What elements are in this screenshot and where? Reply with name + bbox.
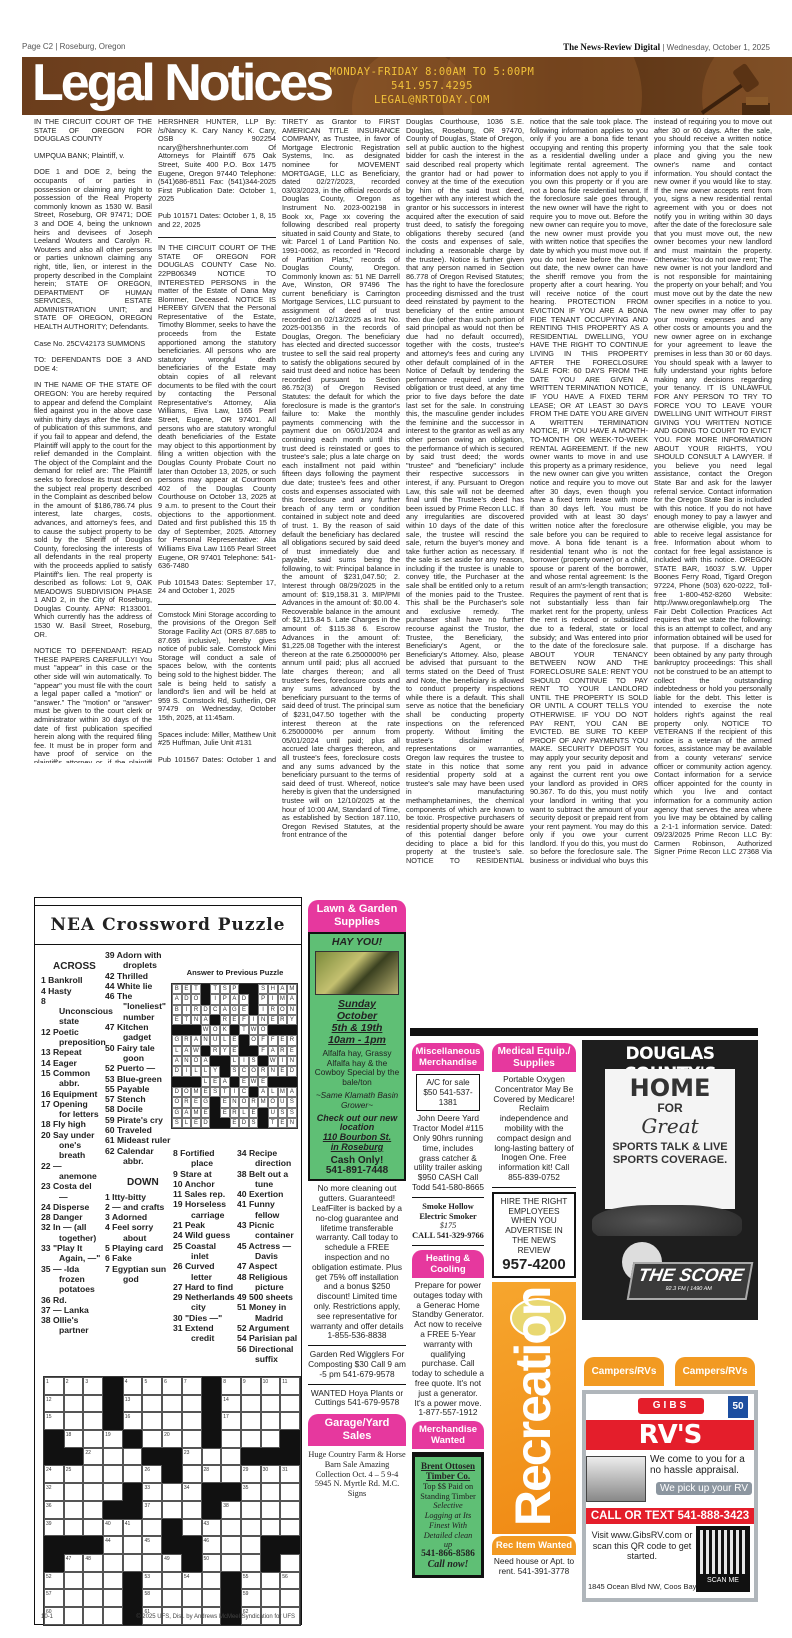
puzzle-cell[interactable]: 58 <box>142 1589 162 1607</box>
answer-cell: W <box>249 1077 259 1087</box>
puzzle-cell[interactable] <box>103 1448 123 1466</box>
down-clue: 31 Extend credit <box>171 1323 235 1344</box>
puzzle-cell[interactable]: 25 <box>64 1465 84 1483</box>
black-cell <box>202 1501 222 1519</box>
answer-cell <box>249 1046 259 1056</box>
down-clue: 21 Peak <box>171 1220 235 1230</box>
puzzle-cell[interactable] <box>142 1519 162 1537</box>
puzzle-cell[interactable]: 46 <box>202 1536 222 1554</box>
puzzle-cell[interactable] <box>202 1589 222 1607</box>
puzzle-cell[interactable] <box>241 1412 261 1430</box>
answer-cell: O <box>258 1025 268 1035</box>
answer-cell: S <box>172 1118 182 1128</box>
puzzle-cell[interactable]: 33 <box>142 1483 162 1501</box>
answer-cell: R <box>287 1035 297 1045</box>
leaffilter-ad: No more cleaning out gutters. Guaranteed… <box>308 1184 406 1331</box>
puzzle-cell[interactable]: 2 <box>64 1377 84 1395</box>
puzzle-cell[interactable] <box>142 1412 162 1430</box>
across-clue: 18 Fly high <box>39 1119 101 1129</box>
puzzle-cell[interactable] <box>261 1412 281 1430</box>
puzzle-cell[interactable] <box>280 1412 300 1430</box>
puzzle-cell[interactable] <box>221 1554 241 1572</box>
answer-cell: T <box>210 984 220 994</box>
puzzle-cell[interactable]: 54 <box>182 1572 202 1590</box>
down-clue: 26 Curved letter <box>171 1261 235 1282</box>
puzzle-cell[interactable] <box>64 1589 84 1607</box>
the-score-ad[interactable]: DOUGLAS COUNTY'S HOME FOR Great SPORTS T… <box>582 1040 758 1236</box>
down-clue: 51 Money in Madrid <box>235 1302 301 1323</box>
puzzle-grid[interactable]: 1234567891011121314151617181920222324252… <box>43 1376 301 1626</box>
puzzle-cell[interactable]: 9 <box>241 1377 261 1395</box>
rv-image <box>586 1456 646 1502</box>
black-cell <box>103 1412 123 1430</box>
puzzle-cell[interactable]: 34 <box>182 1483 202 1501</box>
puzzle-cell[interactable]: 39 <box>44 1519 64 1537</box>
puzzle-cell[interactable] <box>64 1412 84 1430</box>
divider <box>158 604 276 605</box>
puzzle-cell[interactable]: 26 <box>142 1465 162 1483</box>
puzzle-cell[interactable] <box>241 1501 261 1519</box>
puzzle-cell[interactable] <box>123 1536 143 1554</box>
across-clue: 50 Fairy tale goon <box>103 1043 171 1064</box>
puzzle-cell[interactable]: 40 <box>103 1519 123 1537</box>
answer-cell <box>249 984 259 994</box>
puzzle-cell[interactable]: 50 <box>202 1554 222 1572</box>
puzzle-cell[interactable] <box>142 1430 162 1448</box>
answer-cell: G <box>230 1005 240 1015</box>
across-clue: 17 Opening for letters <box>39 1099 101 1120</box>
answer-cell: A <box>220 1005 230 1015</box>
answer-cell: M <box>287 984 297 994</box>
puzzle-cell[interactable] <box>182 1519 202 1537</box>
puzzle-cell[interactable]: 32 <box>44 1483 64 1501</box>
across-clue: 38 Ollie's partner <box>39 1315 101 1336</box>
puzzle-cell[interactable]: 23 <box>182 1448 202 1466</box>
answer-cell: L <box>239 1108 249 1118</box>
across-clue: 16 Equipment <box>39 1089 101 1099</box>
answer-cell: E <box>201 1087 211 1097</box>
answer-cell: D <box>172 1066 182 1076</box>
answer-cell: E <box>210 1077 220 1087</box>
puzzle-cell[interactable] <box>221 1519 241 1537</box>
answer-cell: S <box>258 984 268 994</box>
puzzle-cell[interactable] <box>182 1589 202 1607</box>
puzzle-cell[interactable] <box>221 1536 241 1554</box>
answer-cell: D <box>172 1087 182 1097</box>
answer-cell <box>258 1118 268 1128</box>
puzzle-cell[interactable] <box>182 1465 202 1483</box>
puzzle-cell[interactable]: 6 <box>162 1377 182 1395</box>
puzzle-cell[interactable] <box>64 1483 84 1501</box>
notice-column-4: Douglas Courthouse, 1036 S.E. Douglas, R… <box>406 118 524 866</box>
puzzle-cell[interactable]: 3 <box>83 1377 103 1395</box>
black-cell <box>202 1483 222 1501</box>
puzzle-cell[interactable] <box>162 1483 182 1501</box>
answer-cell: N <box>287 1005 297 1015</box>
puzzle-cell[interactable]: 19 <box>103 1430 123 1448</box>
puzzle-cell[interactable] <box>261 1395 281 1413</box>
notice-column-5: notice that the sale took place. The fol… <box>530 118 648 866</box>
office-email[interactable]: LEGAL@NRTODAY.COM <box>302 93 562 107</box>
answer-cell: D <box>239 994 249 1004</box>
puzzle-cell[interactable] <box>221 1448 241 1466</box>
puzzle-cell[interactable]: 4 <box>123 1377 143 1395</box>
answer-cell: E <box>287 1046 297 1056</box>
answer-cell <box>182 1077 192 1087</box>
answer-cell: S <box>287 1097 297 1107</box>
puzzle-cell[interactable] <box>103 1554 123 1572</box>
puzzle-cell[interactable] <box>103 1589 123 1607</box>
across-clue: 39 Adorn with droplets <box>103 950 171 971</box>
qr-icon <box>700 1530 746 1574</box>
puzzle-cell[interactable] <box>261 1501 281 1519</box>
puzzle-cell[interactable] <box>280 1483 300 1501</box>
section-divider <box>410 1028 758 1036</box>
puzzle-cell[interactable] <box>202 1448 222 1466</box>
score-logo: THE SCORE 92.3 FM | 1490 AM <box>627 1262 754 1300</box>
puzzle-cell[interactable] <box>162 1572 182 1590</box>
black-cell <box>123 1501 143 1519</box>
answer-cell: N <box>191 1015 201 1025</box>
black-cell <box>44 1430 64 1448</box>
puzzle-cell[interactable]: 18 <box>64 1430 84 1448</box>
office-hours: MONDAY-FRIDAY 8:00AM TO 5:00PM <box>302 65 562 79</box>
answer-cell: E <box>278 1066 288 1076</box>
puzzle-cell[interactable] <box>83 1589 103 1607</box>
across-clue: 61 Mideast ruler <box>103 1135 171 1145</box>
black-cell <box>83 1536 103 1554</box>
crossword-title: NEA Crossword Puzzle <box>35 905 301 945</box>
puzzle-cell[interactable] <box>83 1430 103 1448</box>
puzzle-cell[interactable]: 57 <box>44 1589 64 1607</box>
puzzle-cell[interactable]: 14 <box>221 1395 241 1413</box>
answer-cell: W <box>191 1046 201 1056</box>
gibs-logo: GIBS <box>638 1398 704 1414</box>
black-cell <box>44 1448 64 1466</box>
down-clue: 38 Belt out a tune <box>235 1169 301 1190</box>
puzzle-cell[interactable]: 13 <box>123 1395 143 1413</box>
puzzle-cell[interactable] <box>261 1589 281 1607</box>
answer-cell: N <box>258 1015 268 1025</box>
puzzle-cell[interactable] <box>83 1483 103 1501</box>
trustee-sale-continued: TIRETY as Grantor to FIRST AMERICAN TITL… <box>282 118 400 840</box>
answer-cell <box>239 1046 249 1056</box>
puzzle-cell[interactable]: 15 <box>44 1412 64 1430</box>
smoker-phone[interactable]: CALL 541-329-9766 <box>412 1231 484 1241</box>
puzzle-cell[interactable] <box>83 1395 103 1413</box>
down-clue: 11 Sales rep. <box>171 1189 235 1199</box>
house-wanted-ad: Need house or Apt. to rent. 541-391-3778 <box>492 1557 576 1577</box>
puzzle-cell[interactable]: 43 <box>202 1519 222 1537</box>
puzzle-cell[interactable] <box>241 1536 261 1554</box>
across-clue: 4 Hasty <box>39 986 101 996</box>
answer-cell <box>287 1025 297 1035</box>
oxygen-ad: Portable Oxygen Concentrator May Be Cove… <box>492 1075 576 1183</box>
puzzle-cell[interactable]: 53 <box>142 1572 162 1590</box>
across-clue: 24 Disperse <box>39 1202 101 1212</box>
puzzle-cell[interactable] <box>64 1501 84 1519</box>
answer-cell <box>220 1066 230 1076</box>
puzzle-cell[interactable] <box>280 1554 300 1572</box>
puzzle-cell[interactable]: 44 <box>103 1536 123 1554</box>
black-cell <box>280 1536 300 1554</box>
black-cell <box>123 1430 143 1448</box>
gibs-rv-ad[interactable]: GIBS 50 RV'S WANTED We come to you for a… <box>582 1390 758 1602</box>
answer-cell: F <box>239 1015 249 1025</box>
answer-cell: E <box>201 1108 211 1118</box>
answer-cell: E <box>191 1118 201 1128</box>
page-header-line: Page C2 | Roseburg, Oregon The News-Revi… <box>22 42 770 56</box>
puzzle-cell[interactable] <box>83 1412 103 1430</box>
to-defendants: TO: DEFENDANTS DOE 3 AND DOE 4: <box>34 356 152 373</box>
puzzle-cell[interactable] <box>241 1430 261 1448</box>
puzzle-cell[interactable] <box>162 1501 182 1519</box>
across-heading: ACROSS <box>53 962 101 972</box>
puzzle-cell[interactable] <box>241 1554 261 1572</box>
puzzle-cell[interactable]: 49 <box>162 1554 182 1572</box>
answer-cell: Y <box>220 1046 230 1056</box>
puzzle-cell[interactable] <box>261 1572 281 1590</box>
down-clue: 6 Fake <box>103 1253 171 1263</box>
puzzle-cell[interactable] <box>64 1395 84 1413</box>
office-phone[interactable]: 541.957.4295 <box>302 79 562 93</box>
answer-cell: E <box>239 1005 249 1015</box>
across-clue: 37 — Lanka <box>39 1305 101 1315</box>
answer-cell <box>278 1077 288 1087</box>
puzzle-cell[interactable] <box>123 1465 143 1483</box>
puzzle-cell[interactable] <box>241 1519 261 1537</box>
banner-contact: MONDAY-FRIDAY 8:00AM TO 5:00PM 541.957.4… <box>302 65 562 107</box>
score-logo-text: THE SCORE <box>631 1264 751 1286</box>
puzzle-cell[interactable]: 41 <box>123 1519 143 1537</box>
puzzle-cell[interactable]: 17 <box>221 1412 241 1430</box>
answer-cell <box>287 1077 297 1087</box>
puzzle-cell[interactable]: 12 <box>44 1395 64 1413</box>
answer-cell: N <box>268 1066 278 1076</box>
notice-column-3: TIRETY as Grantor to FIRST AMERICAN TITL… <box>282 118 400 866</box>
answer-cell <box>191 1025 201 1035</box>
across-clue: 28 Danger <box>39 1212 101 1222</box>
puzzle-cell[interactable]: 7 <box>182 1377 202 1395</box>
leaffilter-phone[interactable]: 1-855-536-8838 <box>308 1331 406 1341</box>
puzzle-cell[interactable]: 5 <box>142 1377 162 1395</box>
answer-cell: S <box>249 1056 259 1066</box>
puzzle-cell[interactable] <box>182 1395 202 1413</box>
down-clue: 47 Aspect <box>235 1261 301 1271</box>
puzzle-cell[interactable] <box>221 1465 241 1483</box>
answer-cell <box>278 1025 288 1035</box>
puzzle-cell[interactable]: 36 <box>44 1501 64 1519</box>
black-cell <box>182 1536 202 1554</box>
puzzle-cell[interactable] <box>64 1519 84 1537</box>
answer-grid: BETTSPSHAMADOIPADPIMABIRDCAGEIRONETNAREF… <box>171 983 298 1129</box>
answer-cell <box>210 1108 220 1118</box>
puzzle-cell[interactable] <box>162 1412 182 1430</box>
rv-wanted-title: RV'S WANTED <box>586 1420 754 1450</box>
answer-cell <box>210 1097 220 1107</box>
answer-cell: F <box>268 1035 278 1045</box>
puzzle-cell[interactable] <box>182 1501 202 1519</box>
estate-notice: IN THE CIRCUIT COURT OF THE STATE OF ORE… <box>158 244 276 571</box>
puzzle-cell[interactable]: 28 <box>202 1465 222 1483</box>
puzzle-cell[interactable]: 52 <box>44 1572 64 1590</box>
puzzle-cell[interactable] <box>83 1465 103 1483</box>
dealer-badge: 50 <box>728 1396 748 1418</box>
hire-ad: HIRE THE RIGHT EMPLOYEES WHEN YOU ADVERT… <box>492 1192 576 1278</box>
puzzle-cell[interactable] <box>142 1395 162 1413</box>
puzzle-cell[interactable] <box>123 1448 143 1466</box>
pub-dates: Pub 101543 Dates: September 17, 24 and O… <box>158 579 276 596</box>
puzzle-cell[interactable] <box>103 1465 123 1483</box>
answer-cell: N <box>230 1097 240 1107</box>
answer-cell: S <box>287 1108 297 1118</box>
puzzle-cell[interactable] <box>142 1554 162 1572</box>
answer-cell: L <box>172 1046 182 1056</box>
black-cell <box>44 1536 64 1554</box>
puzzle-cell[interactable] <box>83 1501 103 1519</box>
answer-cell: D <box>182 994 192 1004</box>
answer-cell: I <box>210 994 220 1004</box>
puzzle-cell[interactable]: 8 <box>221 1377 241 1395</box>
puzzle-cell[interactable]: 20 <box>162 1430 182 1448</box>
down-clue: 4 Feel sorry about <box>103 1222 171 1243</box>
black-cell <box>221 1483 241 1501</box>
answer-cell <box>268 1077 278 1087</box>
puzzle-cell[interactable]: 35 <box>241 1483 261 1501</box>
puzzle-cell[interactable]: 56 <box>280 1572 300 1590</box>
crossword-puzzle: NEA Crossword Puzzle ACROSS 1 Bankroll4 … <box>34 897 302 1625</box>
down-heading: DOWN <box>127 1178 171 1188</box>
puzzle-cell[interactable]: 48 <box>83 1554 103 1572</box>
across-clue: 44 White lie <box>103 981 171 991</box>
recreation-banner: Recreation <box>492 1282 576 1534</box>
answer-cell: R <box>182 1035 192 1045</box>
across-clue: 12 Poetic preposition <box>39 1027 101 1048</box>
down-clue: 48 Religious picture <box>235 1272 301 1293</box>
answer-cell: R <box>268 1005 278 1015</box>
ac-ad: A/C for sale $50 541-537-1381 <box>416 1074 480 1111</box>
hire-phone[interactable]: 957-4200 <box>496 1256 572 1273</box>
answer-cell <box>201 1046 211 1056</box>
black-cell <box>103 1377 123 1395</box>
puzzle-cell[interactable] <box>83 1572 103 1590</box>
puzzle-cell[interactable]: 47 <box>64 1554 84 1572</box>
answer-cell: W <box>249 1025 259 1035</box>
score-tagline: SPORTS TALK & LIVE SPORTS COVERAGE. <box>605 1141 735 1167</box>
across-clue: 1 Bankroll <box>39 975 101 985</box>
puzzle-cell[interactable]: 22 <box>83 1448 103 1466</box>
black-cell <box>280 1448 300 1466</box>
puzzle-cell[interactable]: 11 <box>280 1377 300 1395</box>
across-clue: 22 — anemone <box>39 1161 101 1182</box>
answer-cell: C <box>239 1087 249 1097</box>
puzzle-cell[interactable] <box>261 1519 281 1537</box>
classified-medical: Medical Equip./ Supplies Portable Oxygen… <box>492 1043 576 1577</box>
puzzle-cell[interactable] <box>280 1395 300 1413</box>
rv-visit[interactable]: Visit www.GibsRV.com or scan this QR cod… <box>590 1530 694 1562</box>
hay-title: HAY YOU! <box>313 938 401 948</box>
puzzle-cell[interactable]: 29 <box>241 1465 261 1483</box>
answer-cell <box>210 1118 220 1128</box>
answer-cell: D <box>239 1118 249 1128</box>
answer-cell: I <box>268 994 278 1004</box>
black-cell <box>44 1554 64 1572</box>
puzzle-cell[interactable] <box>103 1572 123 1590</box>
legal-notice-columns: IN THE CIRCUIT COURT OF THE STATE OF ORE… <box>34 118 774 758</box>
answer-cell: G <box>172 1108 182 1118</box>
answer-cell: E <box>191 1097 201 1107</box>
score-great: Great <box>605 1115 735 1137</box>
score-panel: HOME FOR Great SPORTS TALK & LIVE SPORTS… <box>605 1069 735 1209</box>
score-for: FOR <box>605 1101 735 1115</box>
hay-location-city: in Roseburg <box>313 1143 401 1153</box>
puzzle-cell[interactable]: 38 <box>221 1501 241 1519</box>
puzzle-cell[interactable] <box>162 1589 182 1607</box>
puzzle-cell[interactable] <box>83 1519 103 1537</box>
rv-call-text[interactable]: CALL OR TEXT 541-888-3423 <box>586 1508 754 1524</box>
puzzle-cell[interactable]: 30 <box>261 1465 281 1483</box>
answer-cell: T <box>182 1015 192 1025</box>
answer-cell: Y <box>210 1066 220 1076</box>
puzzle-cell[interactable]: 16 <box>123 1412 143 1430</box>
answer-cell: R <box>210 1046 220 1056</box>
answer-cell: R <box>249 1097 259 1107</box>
down-clue: 5 Playing card <box>103 1243 171 1253</box>
puzzle-cell[interactable] <box>64 1572 84 1590</box>
puzzle-cell[interactable] <box>202 1572 222 1590</box>
puzzle-cell[interactable] <box>280 1519 300 1537</box>
puzzle-cell[interactable]: 1 <box>44 1377 64 1395</box>
puzzle-cell[interactable] <box>261 1430 281 1448</box>
puzzle-cell[interactable]: 45 <box>142 1536 162 1554</box>
puzzle-cell[interactable]: 10 <box>261 1377 281 1395</box>
puzzle-cell[interactable] <box>241 1395 261 1413</box>
medical-header: Medical Equip./ Supplies <box>492 1043 576 1072</box>
answer-cell: M <box>258 1097 268 1107</box>
answer-cell <box>201 984 211 994</box>
puzzle-cell[interactable] <box>280 1589 300 1607</box>
puzzle-cell[interactable] <box>103 1483 123 1501</box>
black-cell <box>261 1554 281 1572</box>
puzzle-cell[interactable] <box>280 1501 300 1519</box>
puzzle-cell[interactable]: 24 <box>44 1465 64 1483</box>
puzzle-cell[interactable] <box>182 1430 202 1448</box>
puzzle-cell[interactable]: 31 <box>280 1465 300 1483</box>
qr-code[interactable]: SCAN ME <box>696 1526 750 1592</box>
answer-cell: O <box>239 1097 249 1107</box>
puzzle-cell[interactable]: 59 <box>241 1589 261 1607</box>
answer-cell: E <box>249 1108 259 1118</box>
answer-cell: B <box>172 1005 182 1015</box>
puzzle-cell[interactable]: 37 <box>142 1501 162 1519</box>
puzzle-cell[interactable] <box>261 1483 281 1501</box>
answer-cell: S <box>210 1087 220 1097</box>
answer-cell: I <box>182 1066 192 1076</box>
puzzle-cell[interactable] <box>162 1395 182 1413</box>
hay-phone[interactable]: 541-891-7448 <box>313 1166 401 1176</box>
puzzle-cell[interactable] <box>221 1430 241 1448</box>
down-clue: 1 Itty-bitty <box>103 1192 171 1202</box>
puzzle-cell[interactable]: 55 <box>241 1572 261 1590</box>
puzzle-cell[interactable] <box>182 1412 202 1430</box>
answer-cell: A <box>182 1108 192 1118</box>
answer-cell: L <box>230 1056 240 1066</box>
answer-cell: G <box>201 1097 211 1107</box>
farm-sale-ad: Huge Country Farm & Horse Barn Sale Amaz… <box>308 1450 406 1499</box>
answer-cell: O <box>249 1035 259 1045</box>
answer-cell: T <box>268 1118 278 1128</box>
puzzle-cell[interactable] <box>123 1554 143 1572</box>
